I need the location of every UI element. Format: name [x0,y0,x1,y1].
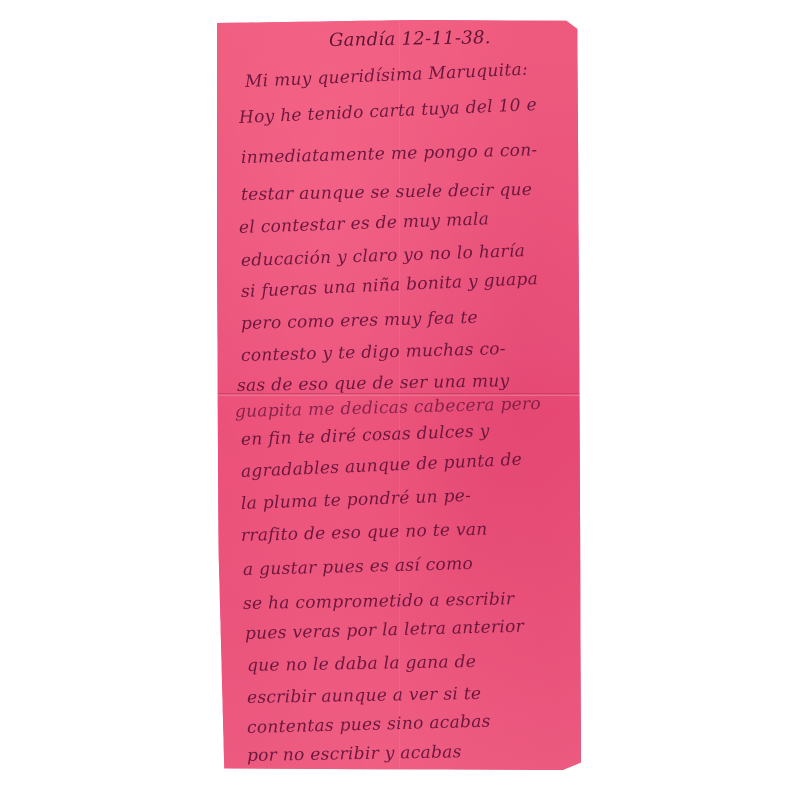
letter-line: escribir aunque a ver si te [247,684,482,708]
letter-line: en fin te diré cosas dulces y [241,421,490,450]
letter-line: agradables aunque de punta de [241,450,523,482]
letter-line: que no le daba la gana de [247,652,476,676]
letter-line: a gustar pues es así como [243,554,474,580]
letter-line: guapita me dedicas cabecera pero [235,394,541,422]
letter-line: por no escribir y acabas [247,742,462,766]
letter-closing: tu perdiendo. [253,771,373,792]
salutation: Mi muy queridísima Maruquita: [245,60,529,92]
letter-line: la pluma te pondré un pe- [241,486,472,514]
letter-line: pues veras por la letra anterior [245,617,525,644]
letter-paper: Gandía 12-11-38. Mi muy queridísima Maru… [217,20,581,770]
letter-line: Hoy he tenido carta tuya del 10 e [239,95,538,128]
letter-line: rrafito de eso que no te van [241,520,488,546]
letter-line: contentas pues sino acabas [247,712,491,738]
letter-line: contesto y te digo muchas co- [241,339,506,366]
letter-line: se ha comprometido a escribir [243,589,515,614]
letter-line: el contestar es de muy mala [239,209,490,238]
letter-line: testar aunque se suele decir que [241,180,532,205]
letter-line: si fueras una niña bonita y guapa [241,269,539,302]
letter-line: pero como eres muy fea te [241,308,478,334]
letter-line: educación y claro yo no lo haría [241,241,526,271]
letter-line: inmediatamente me pongo a con- [241,140,538,168]
place-date: Gandía 12-11-38. [329,27,491,51]
